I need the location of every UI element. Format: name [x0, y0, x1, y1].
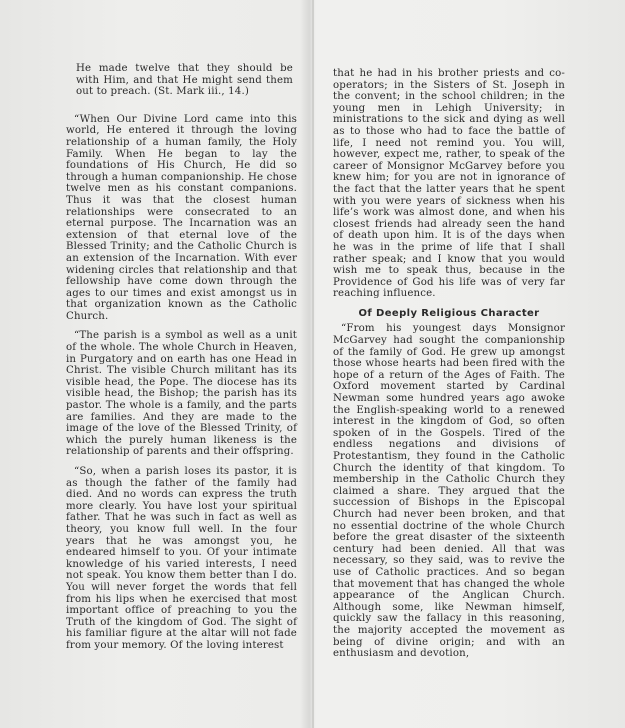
paragraph: “The parish is a symbol as well as a uni…	[66, 330, 297, 458]
left-column: He made twelve that they should be with …	[66, 63, 297, 660]
paragraph-continuation: that he had in his brother priests and c…	[333, 68, 565, 300]
paragraph: “When Our Divine Lord came into this wor…	[66, 114, 297, 323]
section-heading: Of Deeply Religious Character	[333, 308, 565, 320]
right-column: that he had in his brother priests and c…	[333, 68, 565, 668]
document-page: He made twelve that they should be with …	[0, 0, 625, 728]
epigraph: He made twelve that they should be with …	[76, 63, 297, 98]
paragraph: “From his youngest days Monsignor McGarv…	[333, 323, 565, 659]
paragraph: “So, when a parish loses its pastor, it …	[66, 466, 297, 652]
page-fold	[312, 0, 314, 728]
